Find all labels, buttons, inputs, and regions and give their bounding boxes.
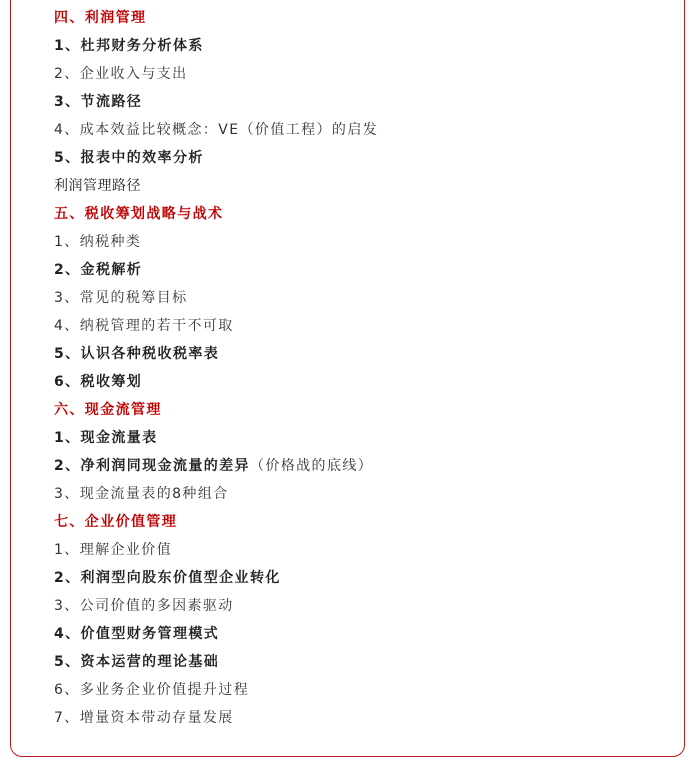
list-item: 1、纳税种类 xyxy=(54,228,378,256)
list-item: 5、认识各种税收税率表 xyxy=(54,340,378,368)
list-item: 1、理解企业价值 xyxy=(54,536,378,564)
list-item: 利润管理路径 xyxy=(54,172,378,200)
list-item: 2、企业收入与支出 xyxy=(54,60,378,88)
section-heading-cashflow: 六、现金流管理 xyxy=(54,396,378,424)
section-heading-tax: 五、税收筹划战略与战术 xyxy=(54,200,378,228)
list-item: 5、资本运营的理论基础 xyxy=(54,648,378,676)
section-heading-value: 七、企业价值管理 xyxy=(54,508,378,536)
list-item: 4、纳税管理的若干不可取 xyxy=(54,312,378,340)
list-item: 5、报表中的效率分析 xyxy=(54,144,378,172)
list-item: 6、多业务企业价值提升过程 xyxy=(54,676,378,704)
list-item: 7、增量资本带动存量发展 xyxy=(54,704,378,732)
list-item-note: （价格战的底线） xyxy=(250,458,373,474)
list-item: 3、公司价值的多因素驱动 xyxy=(54,592,378,620)
list-item: 4、成本效益比较概念：VE（价值工程）的启发 xyxy=(54,116,378,144)
outline-list: 四、利润管理 1、杜邦财务分析体系 2、企业收入与支出 3、节流路径 4、成本效… xyxy=(54,4,378,732)
list-item: 2、净利润同现金流量的差异（价格战的底线） xyxy=(54,452,378,480)
list-item: 3、常见的税筹目标 xyxy=(54,284,378,312)
list-item: 3、节流路径 xyxy=(54,88,378,116)
list-item: 4、价值型财务管理模式 xyxy=(54,620,378,648)
list-item: 1、杜邦财务分析体系 xyxy=(54,32,378,60)
list-item: 1、现金流量表 xyxy=(54,424,378,452)
list-item: 3、现金流量表的8种组合 xyxy=(54,480,378,508)
list-item-main: 2、净利润同现金流量的差异 xyxy=(54,458,250,474)
list-item: 6、税收筹划 xyxy=(54,368,378,396)
section-heading-profit: 四、利润管理 xyxy=(54,4,378,32)
list-item: 2、金税解析 xyxy=(54,256,378,284)
list-item: 2、利润型向股东价值型企业转化 xyxy=(54,564,378,592)
